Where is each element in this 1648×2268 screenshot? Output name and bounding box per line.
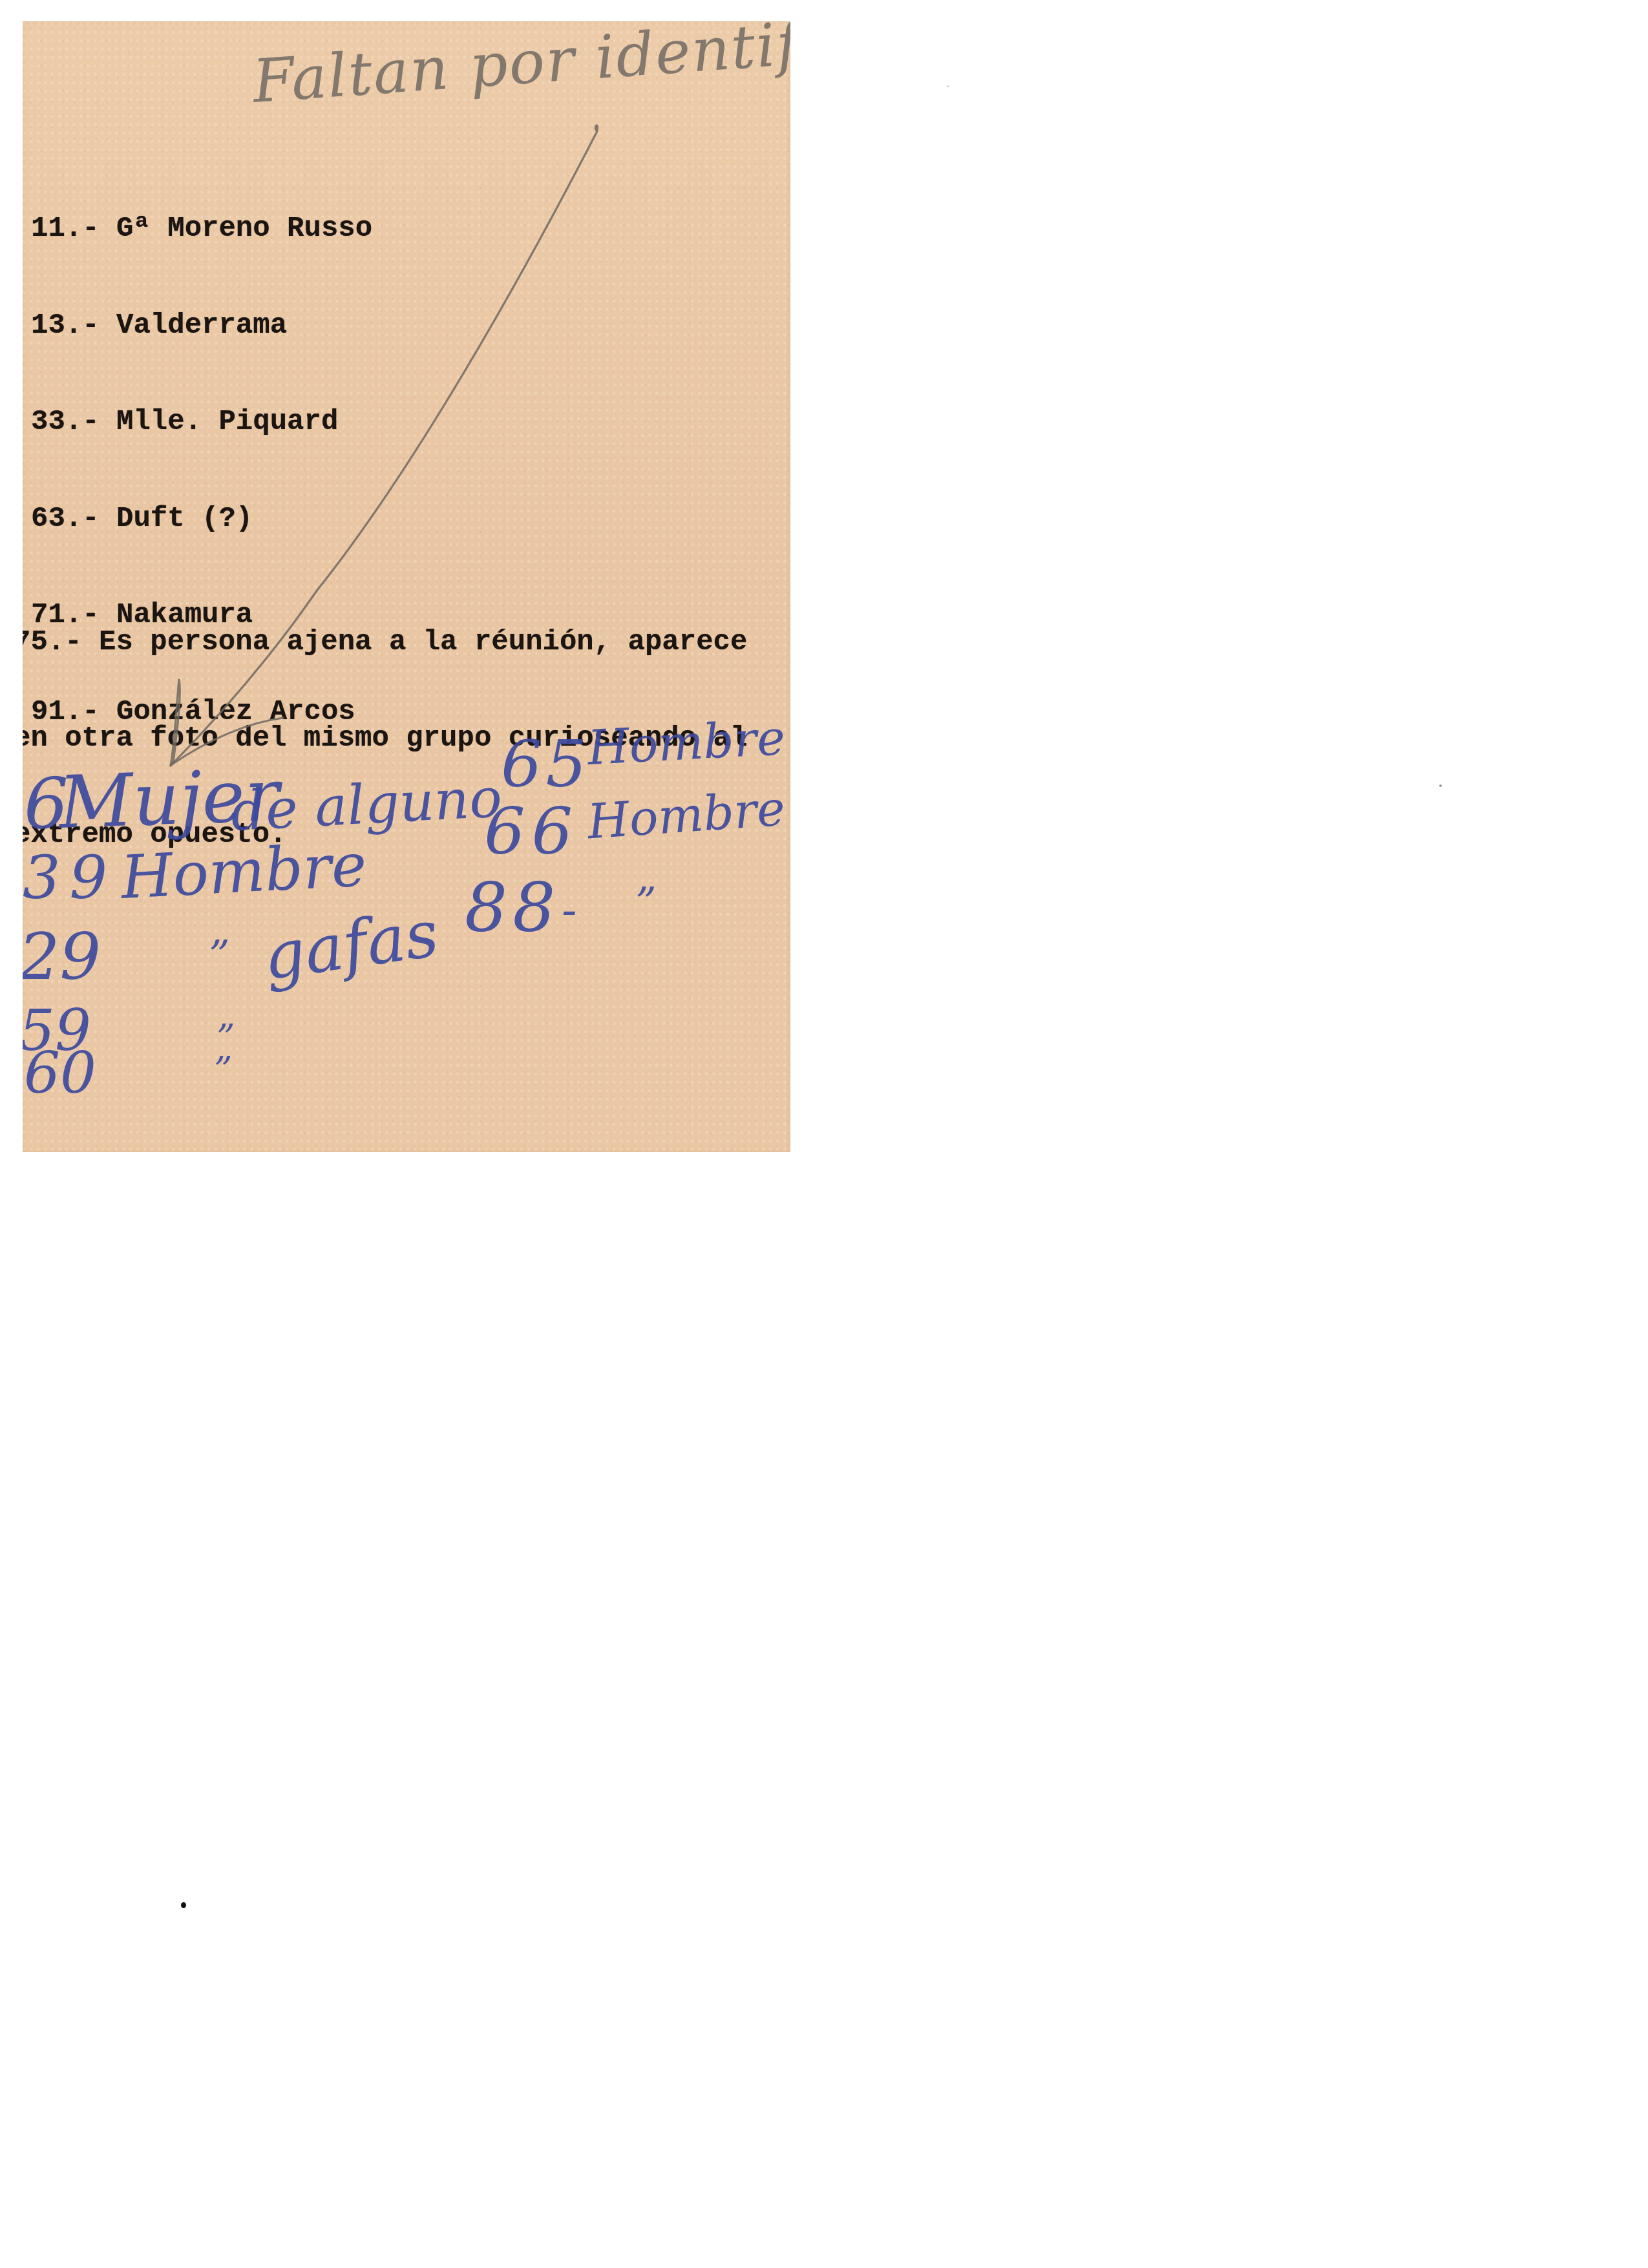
ditto-mark: ” [635,882,657,923]
handwritten-number: 88 [465,874,560,941]
pencil-arrow-icon [23,21,790,1152]
handwritten-number: 60 [24,1045,96,1102]
scan-speck [1439,784,1442,787]
handwritten-number: 66 [484,799,579,864]
scan-speck [947,85,949,87]
handwritten-number: 29 [23,925,101,989]
ditto-mark: ” [214,1053,233,1089]
document-paper: Faltan por identificar 11.- Gª Moreno Ru… [23,21,790,1152]
ditto-mark: ” [209,935,230,976]
handwritten-label: Hombre [120,835,368,908]
handwritten-label: Hombre [586,784,787,846]
handwritten-number: 65 [501,732,591,797]
handwritten-number: 39 [23,848,116,908]
ditto-dash: - [562,887,577,932]
scan-speck [181,1902,186,1908]
handwritten-label: Hombre [586,714,786,772]
handwritten-note: de alguno [229,770,503,839]
